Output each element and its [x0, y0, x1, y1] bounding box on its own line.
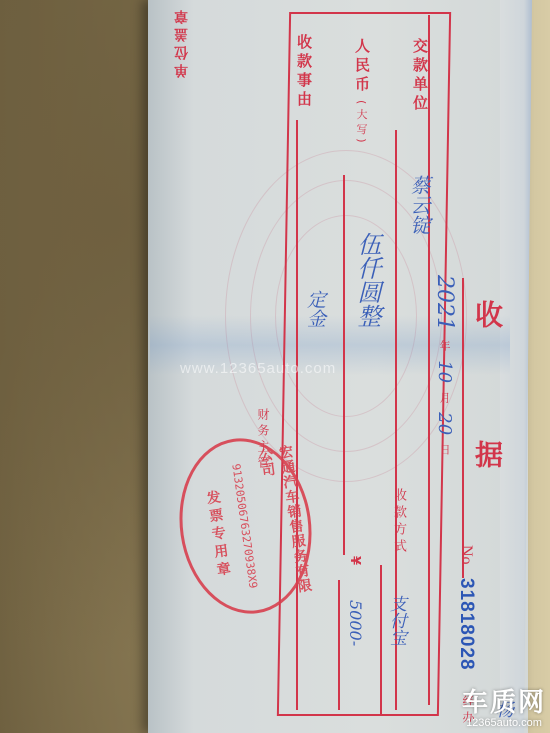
payer-handwritten: 蔡云锭 — [405, 175, 434, 235]
amount-number-line — [338, 580, 340, 710]
stamp-invoice-label: 发票专用章 — [202, 489, 234, 581]
date-month-label: 月 — [438, 392, 451, 403]
serial-number: No 31818028 — [455, 545, 477, 670]
unit-seal-label: 单位盖章 — [172, 6, 192, 78]
reason-line — [296, 120, 298, 710]
payment-method-label: 收款方式 — [389, 488, 408, 556]
amount-rmb-note: (大写) — [353, 100, 369, 147]
date-year: 2021 — [432, 275, 457, 331]
receipt-title-1: 收 — [467, 300, 507, 332]
reason-handwritten: 定金 — [302, 290, 329, 328]
currency-symbol: ¥ — [347, 556, 362, 569]
date-day-label: 日 — [438, 444, 451, 455]
date-month: 10 — [434, 360, 455, 383]
date-day: 20 — [434, 412, 455, 435]
site-watermark-url: www.12365auto.com — [180, 360, 336, 377]
title-underline — [462, 278, 464, 578]
payment-method-handwritten: 支付宝 — [384, 595, 409, 646]
payment-method-line — [380, 565, 382, 715]
receipt-title-2: 据 — [467, 440, 507, 472]
serial-value: 31818028 — [456, 578, 477, 671]
site-logo-text: 车质网 — [462, 689, 546, 717]
reason-label: 收款事由 — [294, 34, 315, 110]
amount-words-handwritten: 伍仟圆整 — [350, 232, 385, 328]
amount-number-handwritten: 5000- — [346, 600, 365, 646]
amount-rmb-label: 人民币 — [352, 38, 373, 95]
site-logo-sub: 12365auto.com — [462, 717, 546, 729]
amount-line — [343, 175, 345, 555]
frame-inner-line — [428, 15, 430, 705]
stamp-tax-id: 91320506763270938X9 — [229, 463, 259, 589]
site-logo: 车质网 12365auto.com — [462, 689, 546, 729]
date-year-label: 年 — [438, 340, 451, 351]
serial-prefix: No — [458, 545, 475, 565]
receipt-date: 2021 年 10 月 20 日 — [432, 275, 457, 459]
